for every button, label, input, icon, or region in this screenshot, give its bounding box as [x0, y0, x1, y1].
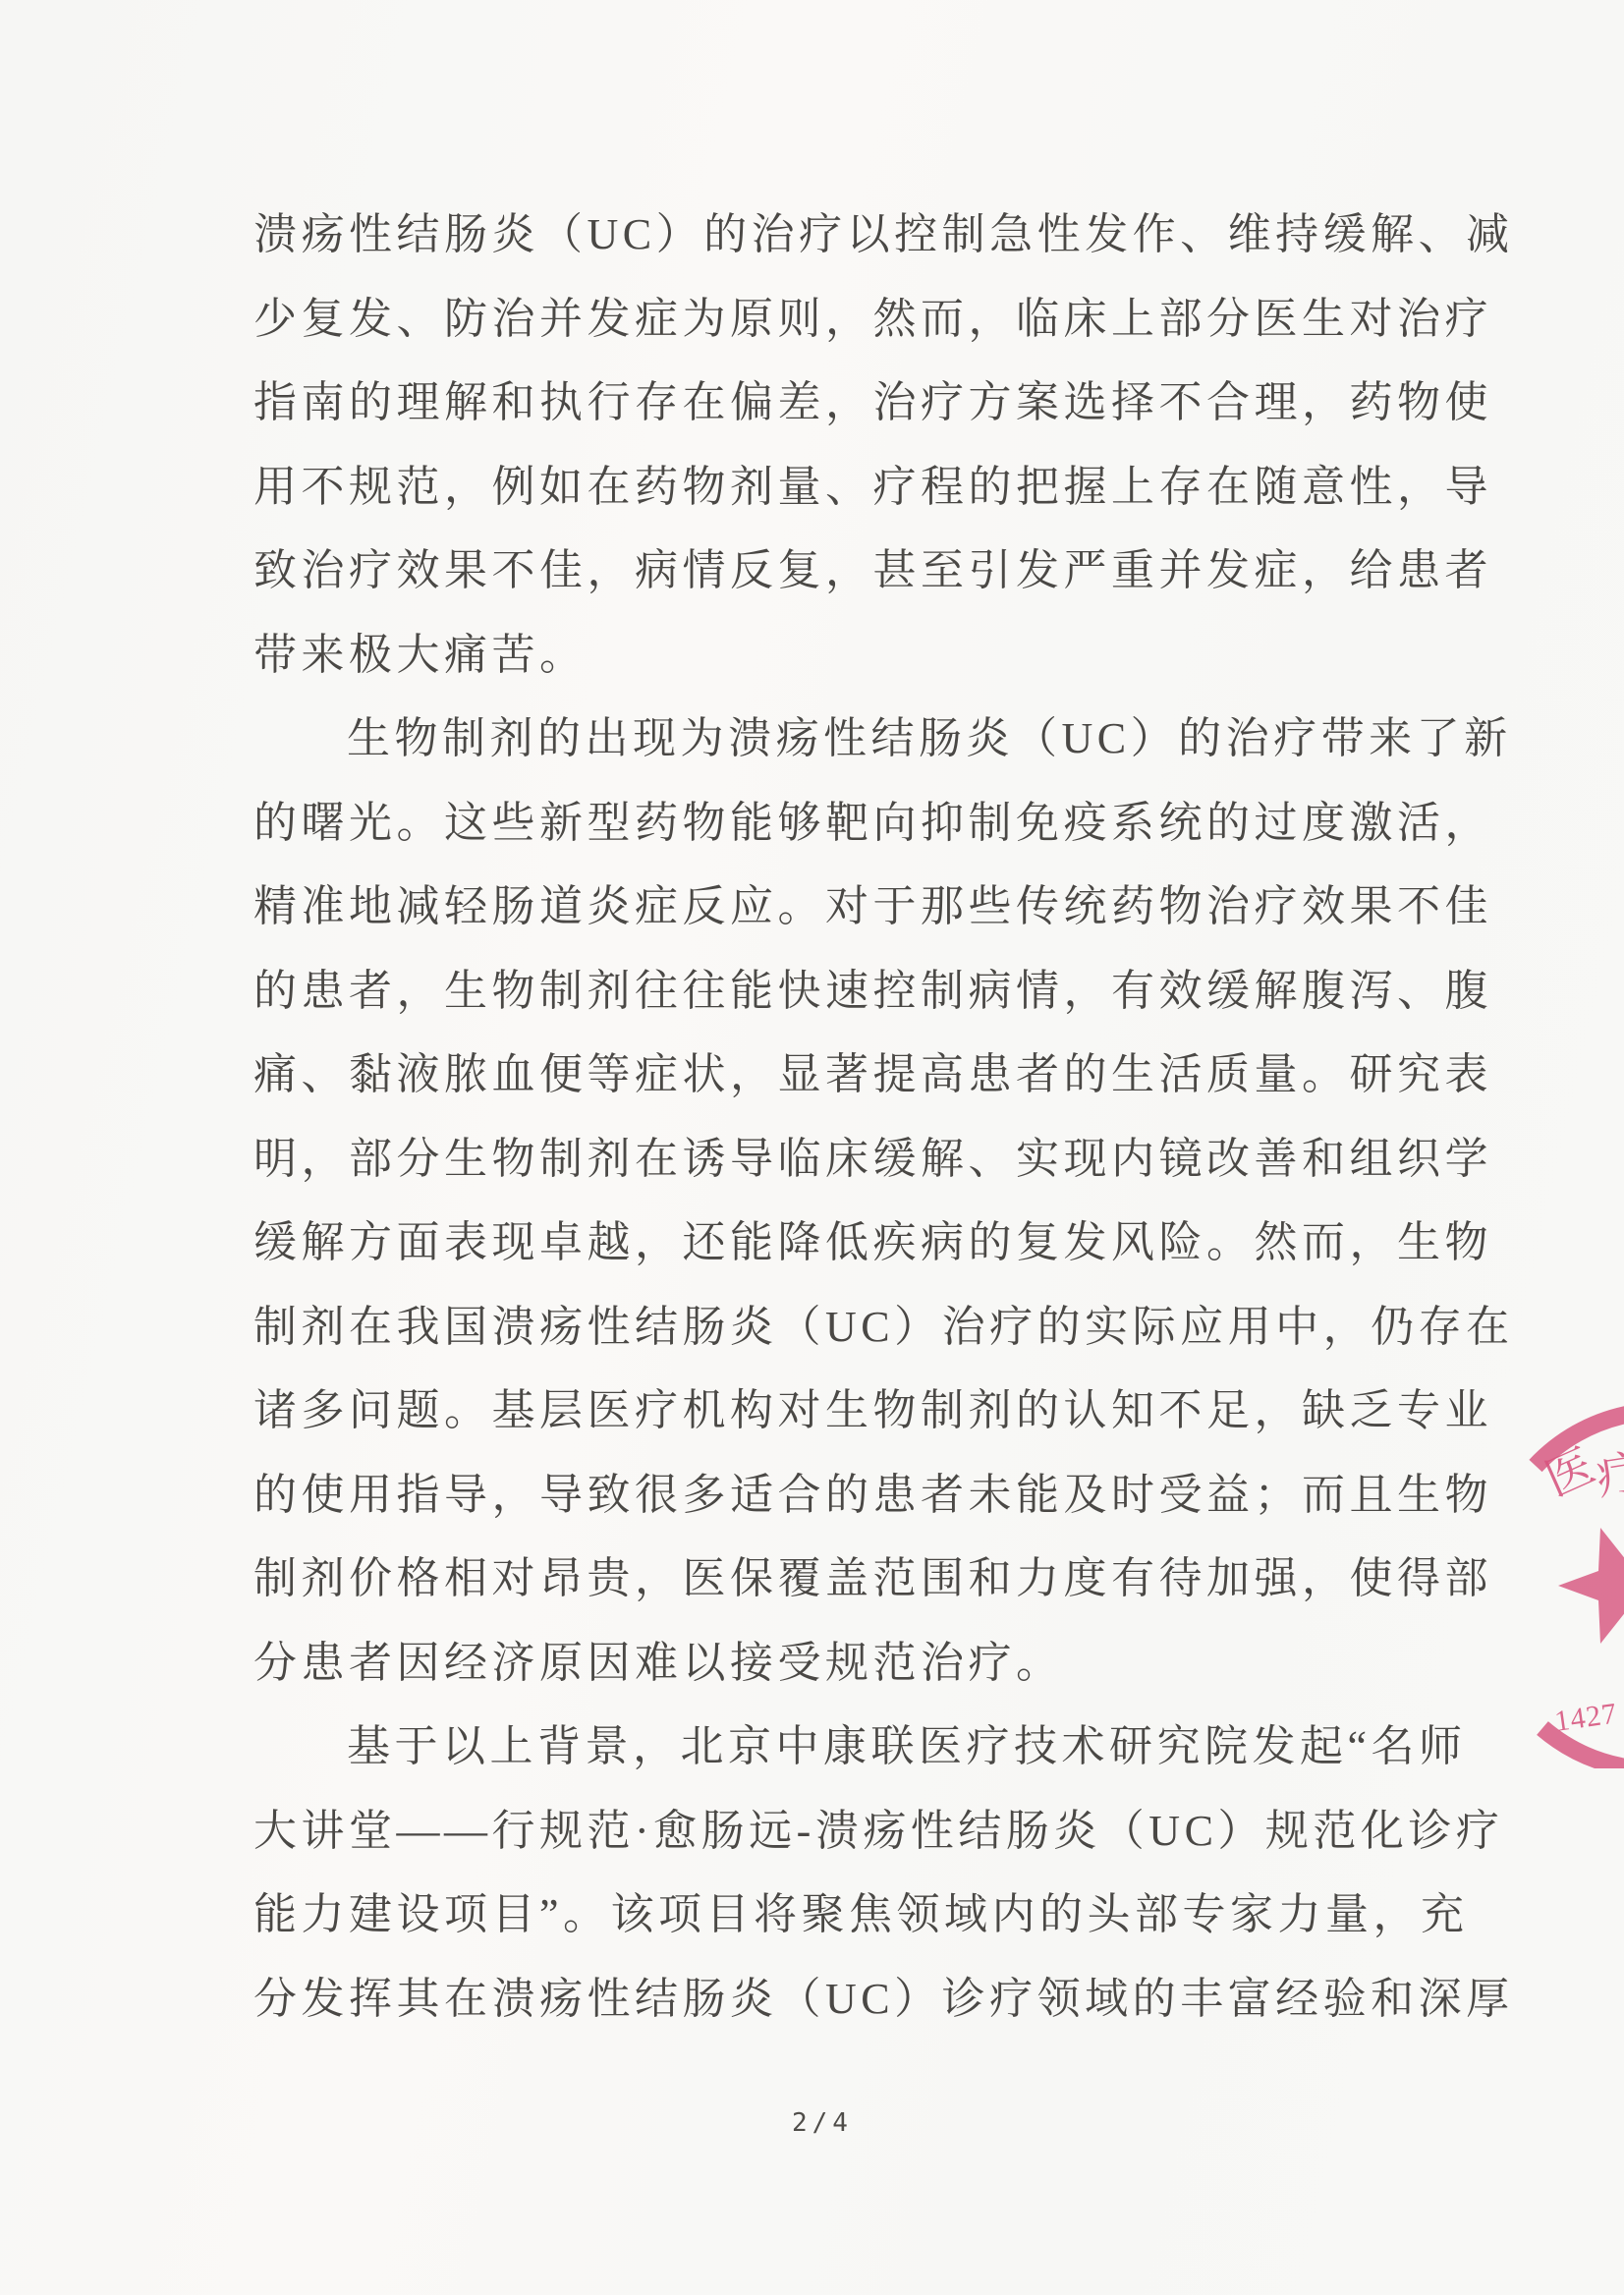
- page-number: 2/4: [792, 2108, 853, 2138]
- text-line: 分发挥其在溃疡性结肠炎（UC）诊疗领域的丰富经验和深厚: [253, 1957, 1560, 2042]
- text-line: 能力建设项目”。该项目将聚焦领域内的头部专家力量，充: [253, 1873, 1560, 1957]
- text-line: 的曙光。这些新型药物能够靶向抑制免疫系统的过度激活，: [253, 781, 1560, 866]
- text-line: 用不规范，例如在药物剂量、疗程的把握上存在随意性，导: [253, 445, 1560, 530]
- text-line: 精准地减轻肠道炎症反应。对于那些传统药物治疗效果不佳: [253, 865, 1560, 949]
- text-line: 基于以上背景，北京中康联医疗技术研究院发起“名师: [253, 1705, 1560, 1789]
- text-line: 的患者，生物制剂往往能快速控制病情，有效缓解腹泻、腹: [253, 949, 1560, 1034]
- text-line: 诸多问题。基层医疗机构对生物制剂的认知不足，缺乏专业: [253, 1369, 1560, 1453]
- seal-star-icon: [1558, 1528, 1624, 1644]
- text-line: 指南的理解和执行存在偏差，治疗方案选择不合理，药物使: [253, 361, 1560, 445]
- text-line: 致治疗效果不佳，病情反复，甚至引发严重并发症，给患者: [253, 529, 1560, 613]
- text-line: 少复发、防治并发症为原则，然而，临床上部分医生对治疗: [253, 277, 1560, 362]
- text-line: 的使用指导，导致很多适合的患者未能及时受益；而且生物: [253, 1453, 1560, 1538]
- text-line: 带来极大痛苦。: [253, 613, 1560, 698]
- seal-number: 1427: [1552, 1697, 1619, 1738]
- text-line: 制剂价格相对昂贵，医保覆盖范围和力度有待加强，使得部: [253, 1537, 1560, 1621]
- text-line: 溃疡性结肠炎（UC）的治疗以控制急性发作、维持缓解、减: [253, 193, 1560, 277]
- scanned-page: 溃疡性结肠炎（UC）的治疗以控制急性发作、维持缓解、减 少复发、防治并发症为原则…: [0, 0, 1624, 2295]
- text-block: 溃疡性结肠炎（UC）的治疗以控制急性发作、维持缓解、减 少复发、防治并发症为原则…: [253, 193, 1560, 2041]
- text-line: 缓解方面表现卓越，还能降低疾病的复发风险。然而，生物: [253, 1201, 1560, 1285]
- text-line: 生物制剂的出现为溃疡性结肠炎（UC）的治疗带来了新: [253, 697, 1560, 781]
- text-line: 明，部分生物制剂在诱导临床缓解、实现内镜改善和组织学: [253, 1117, 1560, 1202]
- text-line: 分患者因经济原因难以接受规范治疗。: [253, 1621, 1560, 1706]
- text-line: 大讲堂——行规范·愈肠远-溃疡性结肠炎（UC）规范化诊疗: [253, 1789, 1560, 1874]
- official-seal-stamp: 医 疗 1427: [1526, 1405, 1624, 1768]
- text-line: 制剂在我国溃疡性结肠炎（UC）治疗的实际应用中，仍存在: [253, 1285, 1560, 1370]
- seal-text-char: 疗: [1593, 1446, 1624, 1505]
- text-line: 痛、黏液脓血便等症状，显著提高患者的生活质量。研究表: [253, 1033, 1560, 1117]
